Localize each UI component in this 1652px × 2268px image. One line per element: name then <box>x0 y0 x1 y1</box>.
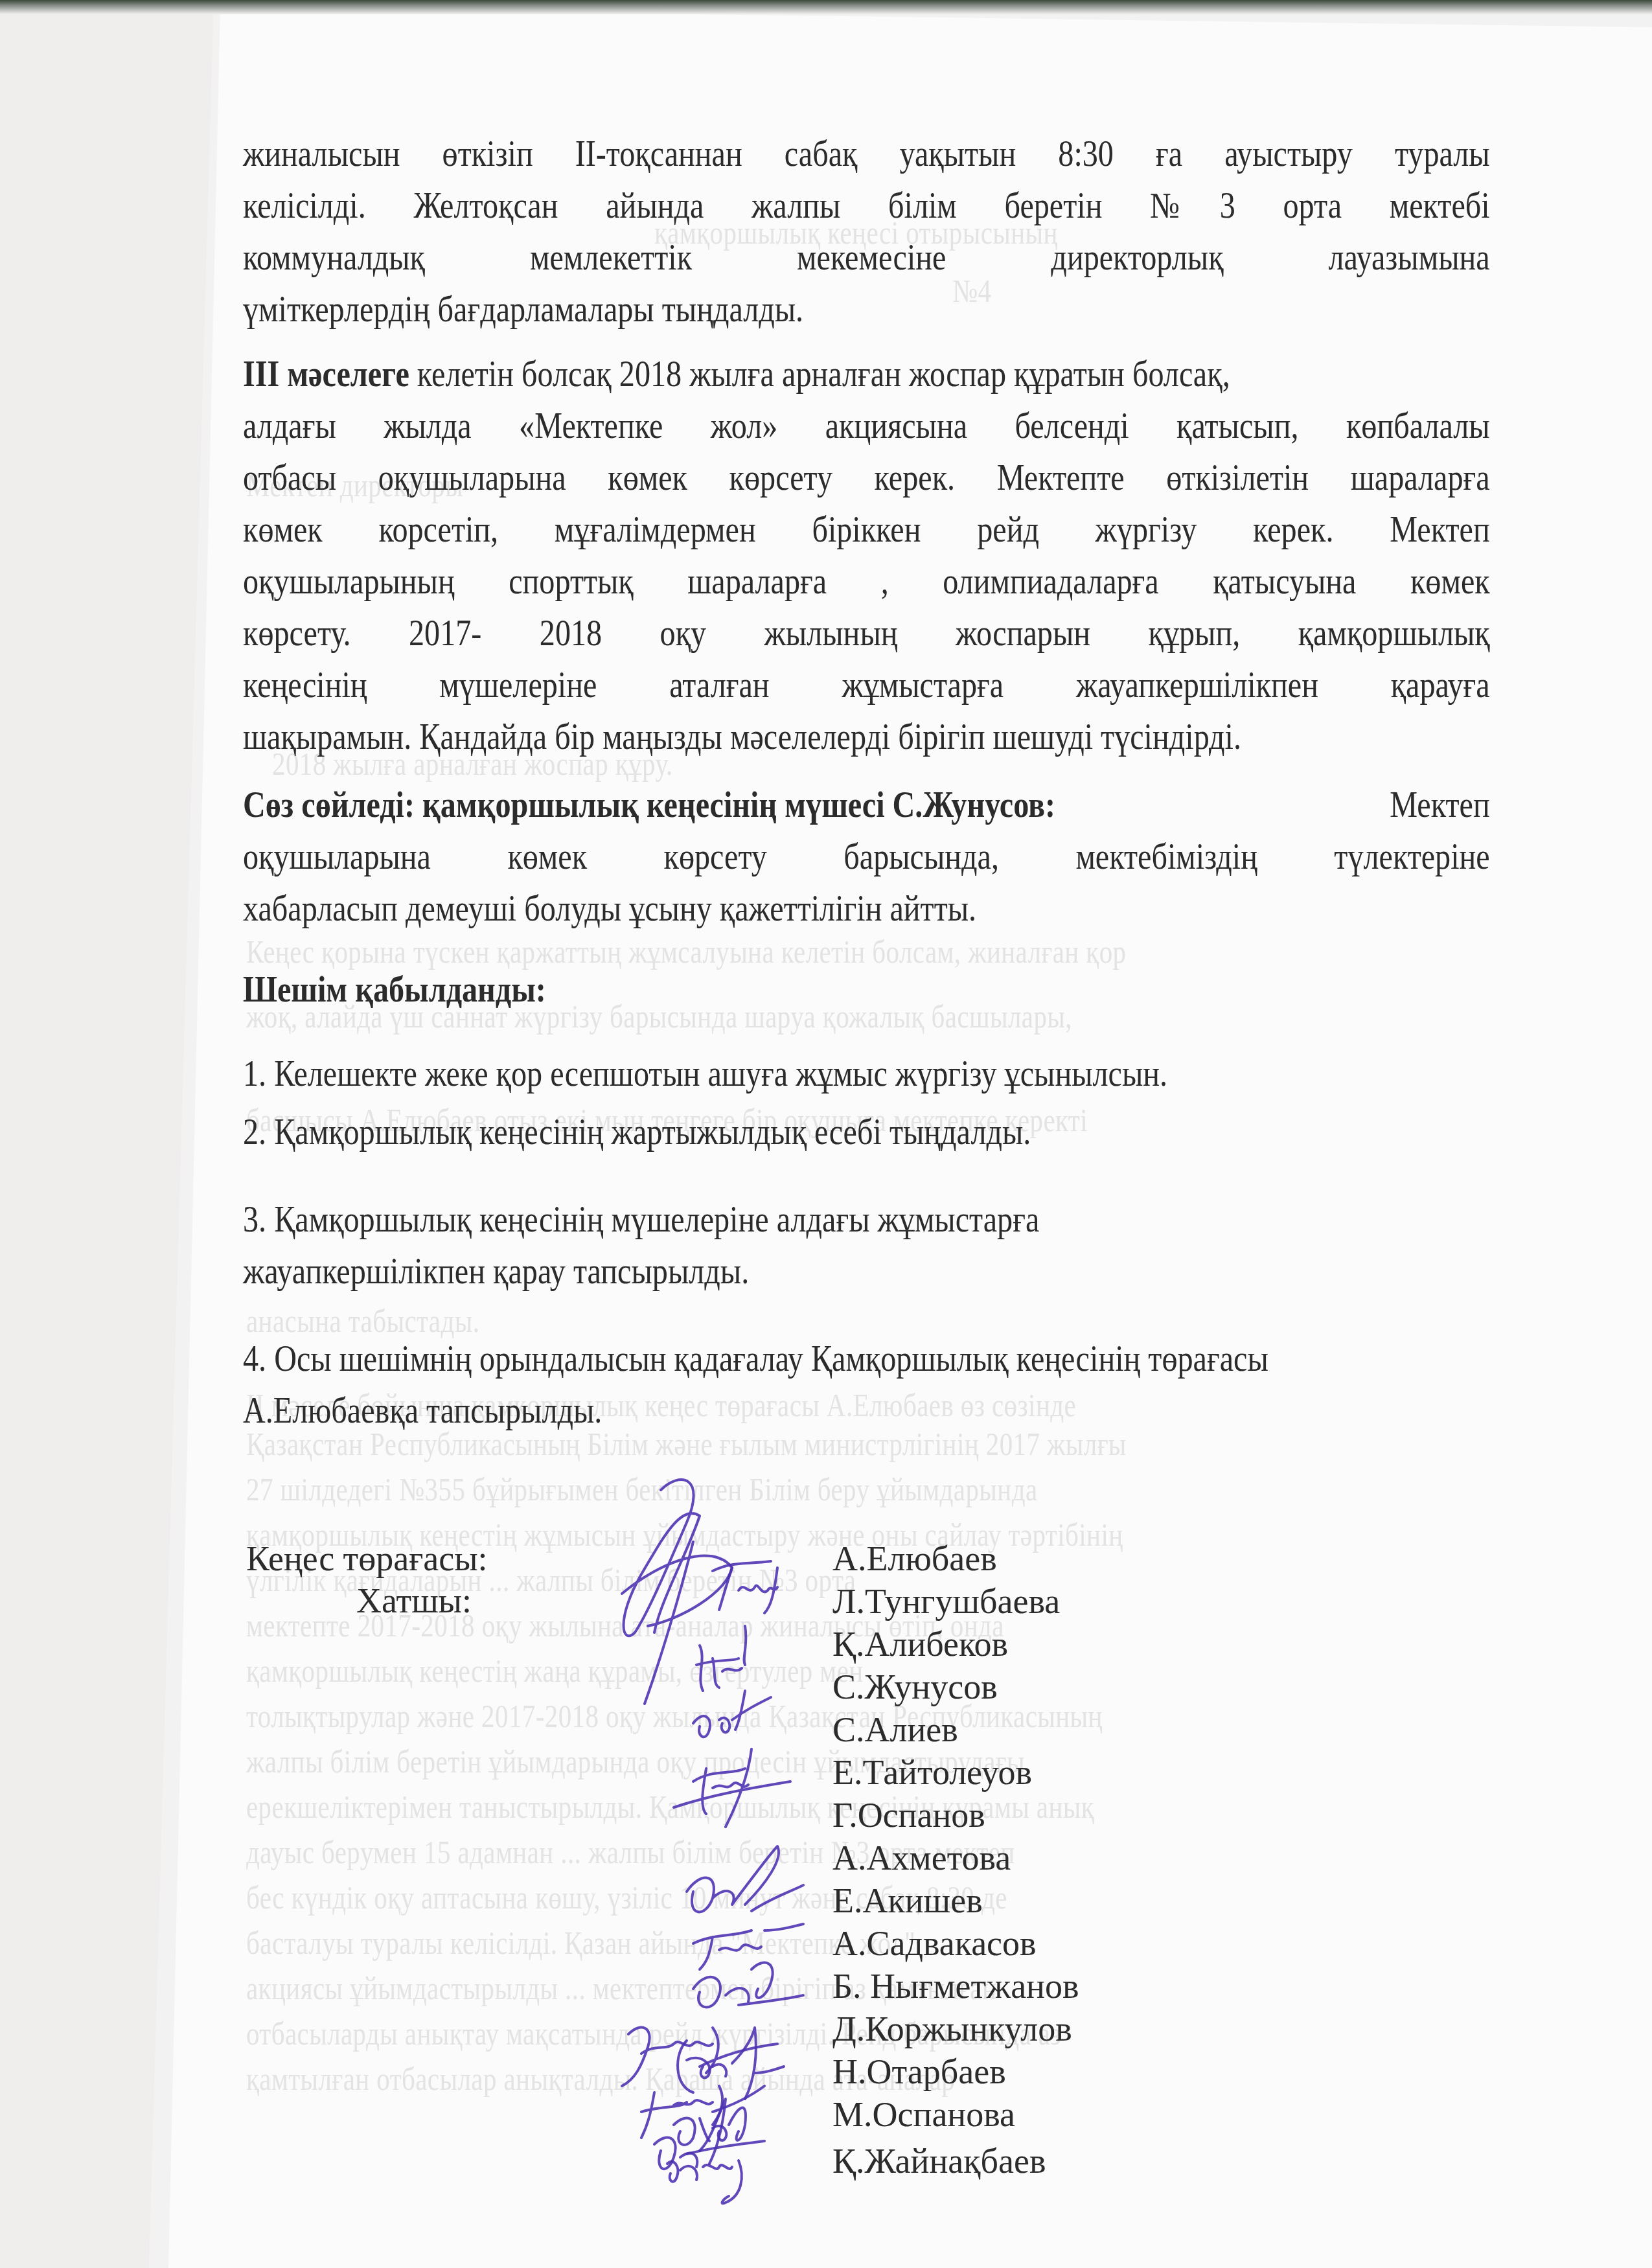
text-line: кеңесінің мүшелеріне аталған жұмыстарға … <box>243 664 1490 707</box>
decision-item-2: 2. Қамқоршылық кеңесінің жартыжылдық есе… <box>243 1111 1490 1154</box>
signatory-name: Д.Коржынкулов <box>832 2009 1072 2049</box>
bleed-line: Кеңес қорына түскен қаржаттың жұмсалуына… <box>246 933 1126 970</box>
issue-heading: III мәселеге <box>243 354 409 395</box>
speaker-heading: Сөз сөйледі: қамқоршылық кеңесінің мүшес… <box>243 785 1055 825</box>
signatory-name: С.Жунусов <box>832 1667 998 1707</box>
text-line: оқушыларының спорттық шараларға , олимпи… <box>243 560 1490 603</box>
text-line: Сөз сөйледі: қамқоршылық кеңесінің мүшес… <box>243 784 1490 827</box>
text-line: көрсету. 2017- 2018 оқу жылының жоспарын… <box>243 612 1490 655</box>
text-line: хабарласып демеуші болуды ұсыну қажеттіл… <box>243 888 1490 930</box>
decision-item-3-cont: жауапкершілікпен қарау тапсырылды. <box>243 1250 1490 1293</box>
text-line: оқушыларына көмек көрсету барысында, мек… <box>243 836 1490 878</box>
decision-item-3: 3. Қамқоршылық кеңесінің мүшелеріне алда… <box>243 1198 1490 1241</box>
signatory-name: М.Оспанова <box>832 2094 1015 2135</box>
decision-item-4-cont: А.Елюбаевқа тапсырылды. <box>243 1390 1490 1432</box>
signatory-name: А.Елюбаев <box>832 1539 997 1579</box>
signatory-name: А.Ахметова <box>832 1838 1011 1878</box>
decision-item-4: 4. Осы шешімнің орындалысын қадағалау Қа… <box>243 1338 1490 1380</box>
handwritten-signatures-icon <box>648 2015 842 2209</box>
signatory-name: Қ.Алибеков <box>832 1624 1008 1664</box>
text-line: III мәселеге келетін болсақ 2018 жылға а… <box>243 353 1490 396</box>
signatory-name: Г.Оспанов <box>832 1795 985 1835</box>
decision-item-1: 1. Келешекте жеке қор есепшотын ашуға жұ… <box>243 1053 1490 1095</box>
text-span: келетін болсақ 2018 жылға арналған жоспа… <box>409 354 1230 395</box>
decision-heading: Шешім қабылданды: <box>243 968 1490 1011</box>
signatory-name: Е.Акишев <box>832 1881 983 1921</box>
bleed-line: анасына табыстады. <box>246 1302 479 1340</box>
text-span: Мектеп <box>1390 784 1490 827</box>
text-line: алдағы жылда «Мектепке жол» акциясына бе… <box>243 405 1490 448</box>
chair-label: Кеңес төрағасы: <box>246 1539 488 1579</box>
signatory-name: А.Садвакасов <box>832 1923 1037 1964</box>
text-line: көмек корсетіп, мұғалімдермен біріккен р… <box>243 509 1490 551</box>
text-line: үміткерлердің бағдарламалары тыңдалды. <box>243 288 1490 331</box>
signatory-name: Е.Тайтолеуов <box>832 1752 1032 1793</box>
signatory-name: Б. Нығметжанов <box>832 1966 1079 2006</box>
signatory-name: Л.Тунгушбаева <box>832 1581 1060 1621</box>
text-line: отбасы оқушыларына көмек көрсету керек. … <box>243 457 1490 499</box>
scan-shadow <box>0 0 1652 14</box>
signatory-name: Қ.Жайнақбаев <box>832 2141 1046 2181</box>
text-line: шақырамын. Қандайда бір маңызды мәселеле… <box>243 716 1490 759</box>
signatory-name: Н.Отарбаев <box>832 2052 1006 2092</box>
text-line: коммуналдық мемлекеттік мекемесіне дирек… <box>243 236 1490 279</box>
text-line: жиналысын өткізіп II-тоқсаннан сабақ уақ… <box>243 133 1490 176</box>
signatory-name: С.Алиев <box>832 1710 958 1750</box>
secretary-label: Хатшы: <box>356 1581 472 1621</box>
text-line: келісілді. Желтоқсан айында жалпы білім … <box>243 185 1490 227</box>
